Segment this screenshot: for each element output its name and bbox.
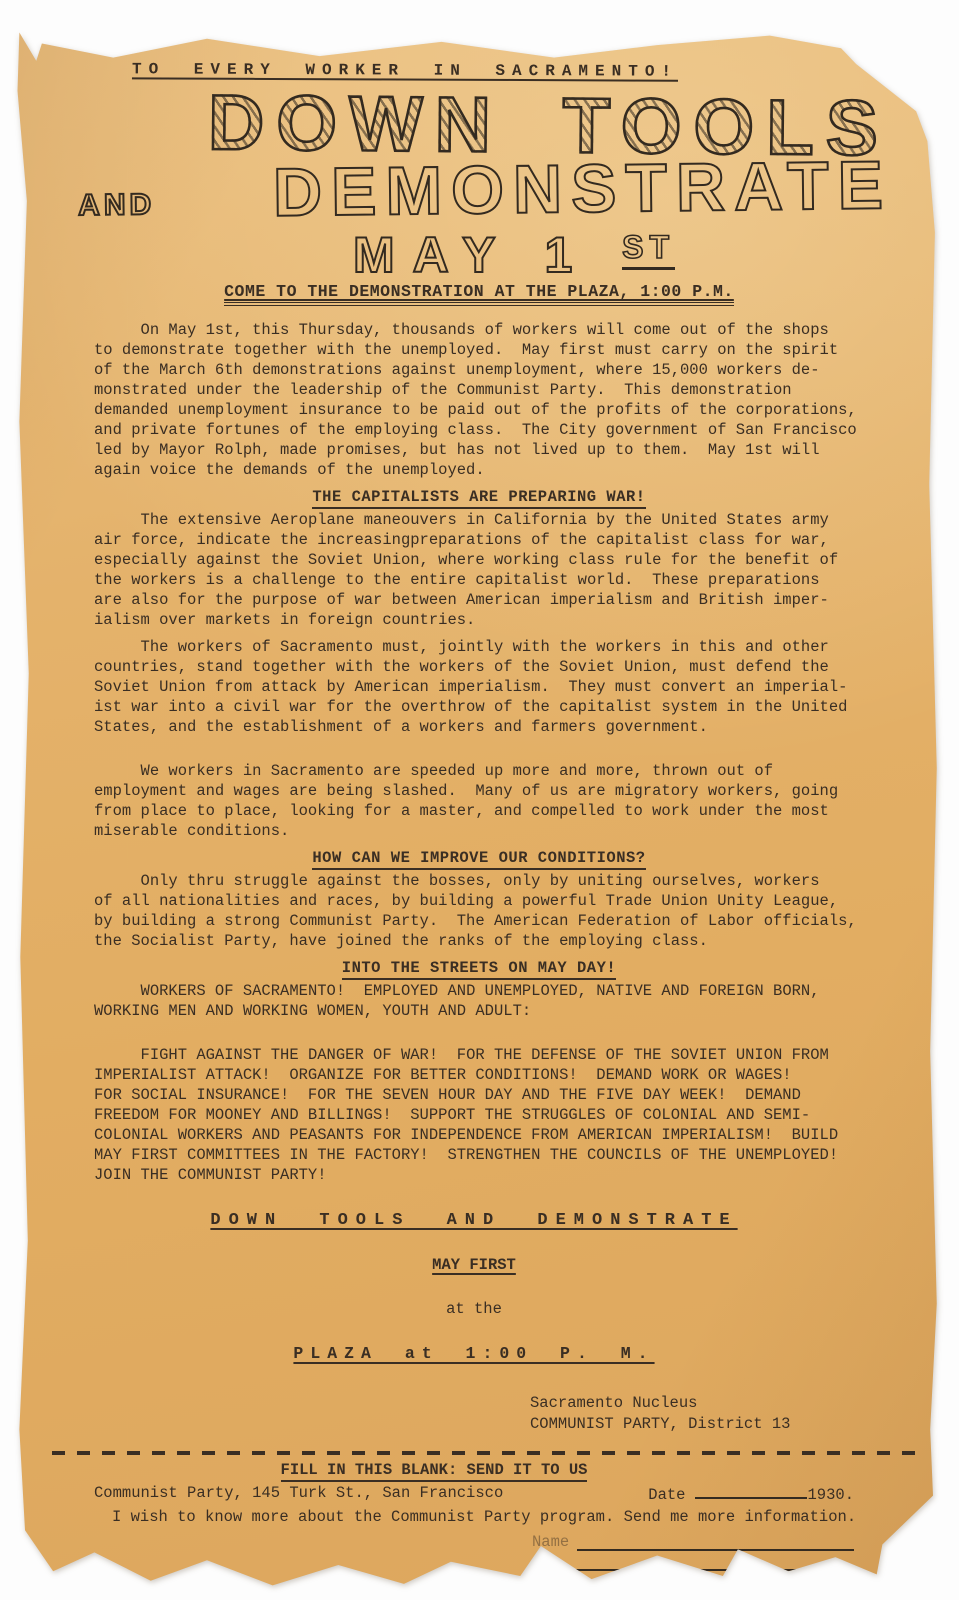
dashed-tearoff-divider [52, 1451, 924, 1455]
form-name-row: Name [532, 1533, 854, 1551]
paragraph-workers-call: WORKERS OF SACRAMENTO! EMPLOYED AND UNEM… [94, 981, 894, 1021]
form-date-label: Date [648, 1486, 685, 1504]
form-address-date-row: Communist Party, 145 Turk St., San Franc… [94, 1483, 894, 1505]
closing-may-first-line: MAY FIRST [94, 1256, 854, 1274]
form-extra-blank [567, 1555, 852, 1571]
flyer-paper: TO EVERY WORKER IN SACRAMENTO! DOWN TOOL… [10, 12, 948, 1587]
closing-plaza-line: PLAZA at 1:00 P. M. [94, 1344, 854, 1363]
paragraph-defend-soviet-union: The workers of Sacramento must, jointly … [94, 637, 894, 737]
paragraph-improve: Only thru struggle against the bosses, o… [94, 871, 894, 951]
form-date-blank [695, 1483, 807, 1499]
scan-canvas: TO EVERY WORKER IN SACRAMENTO! DOWN TOOL… [0, 0, 959, 1600]
form-date-year: 1930. [807, 1486, 854, 1504]
form-name-blank [577, 1535, 854, 1551]
signoff-block: Sacramento Nucleus COMMUNIST PARTY, Dist… [530, 1393, 850, 1435]
paragraph-slogans: FIGHT AGAINST THE DANGER OF WAR! FOR THE… [94, 1045, 894, 1185]
form-date-group: Date1930. [648, 1483, 854, 1505]
paper-shadow-wrap: TO EVERY WORKER IN SACRAMENTO! DOWN TOOL… [0, 0, 959, 1600]
paragraph-war-preparations: The extensive Aeroplane maneouvers in Ca… [94, 510, 894, 630]
title-may-first: MAY 1 ST [134, 230, 894, 280]
title-row-demonstrate: AND DEMONSTRATE [94, 151, 895, 229]
closing-down-tools-line: DOWN TOOLS AND DEMONSTRATE [94, 1211, 854, 1230]
section-heading-into-the-streets: INTO THE STREETS ON MAY DAY! [94, 959, 864, 977]
title-demonstrate: DEMONSTRATE [273, 151, 893, 227]
form-address: Communist Party, 145 Turk St., San Franc… [94, 1483, 648, 1505]
signoff-party-district: COMMUNIST PARTY, District 13 [530, 1414, 850, 1435]
form-heading: FILL IN THIS BLANK: SEND IT TO US [94, 1461, 774, 1479]
title-may-1: MAY 1 [353, 227, 590, 283]
closing-block: DOWN TOOLS AND DEMONSTRATE MAY FIRST at … [94, 1211, 854, 1363]
paragraph-speedup: We workers in Sacramento are speeded up … [94, 761, 894, 841]
section-heading-improve-conditions: HOW CAN WE IMPROVE OUR CONDITIONS? [94, 849, 864, 867]
signoff-nucleus: Sacramento Nucleus [530, 1393, 850, 1414]
title-st-suffix: ST [622, 229, 675, 270]
title-and: AND [78, 190, 155, 221]
paragraph-intro: On May 1st, this Thursday, thousands of … [94, 320, 894, 480]
form-extra-blank-row [567, 1555, 852, 1576]
form-request-line: I wish to know more about the Communist … [112, 1507, 894, 1527]
closing-at-the-line: at the [94, 1300, 854, 1318]
subtitle-row: COME TO THE DEMONSTRATION AT THE PLAZA, … [94, 282, 864, 306]
section-heading-capitalists-war: THE CAPITALISTS ARE PREPARING WAR! [94, 488, 864, 506]
subtitle-come-to-demonstration: COME TO THE DEMONSTRATION AT THE PLAZA, … [224, 282, 734, 306]
form-name-label: Name [532, 1533, 569, 1551]
